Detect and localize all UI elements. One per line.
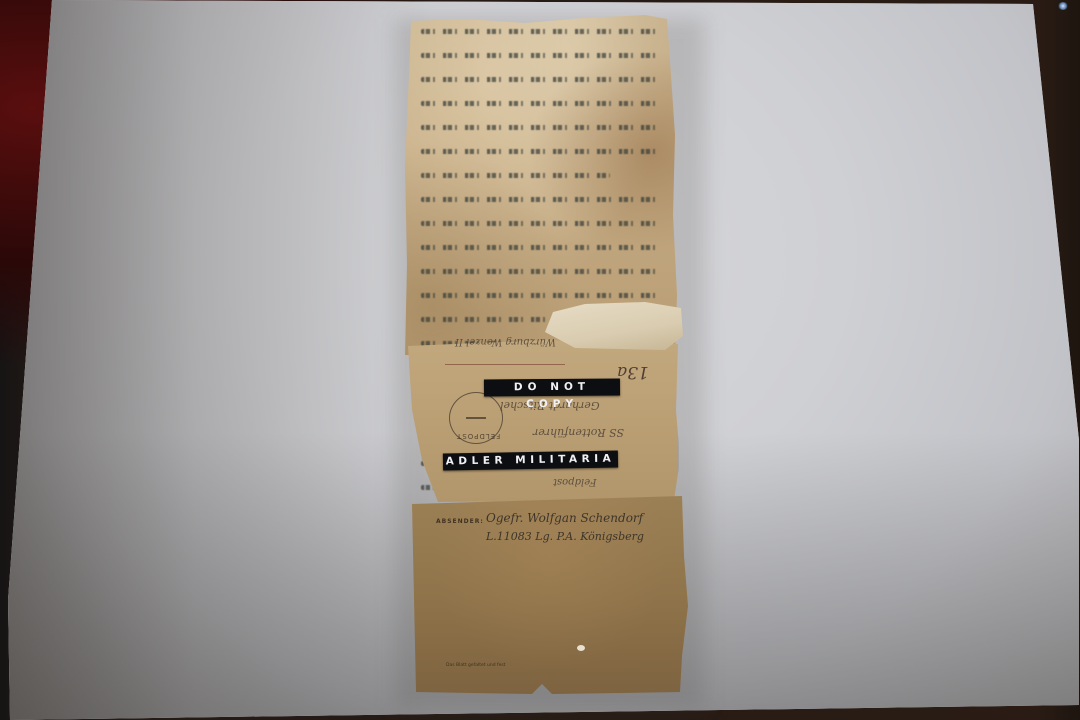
- card-footnote: Das Blatt gefaltet und fest: [446, 663, 526, 669]
- handwritten-line: [415, 236, 670, 260]
- envelope-handwriting: SS Rottenführer: [533, 426, 624, 439]
- handwritten-line: [415, 92, 670, 116]
- envelope-handwriting: Feldpost: [553, 476, 596, 487]
- torn-fold-flap: [545, 302, 683, 350]
- sender-unit-handwriting: L.11083 Lg. P.A. Königsberg: [486, 530, 644, 543]
- sender-label: ABSENDER:: [436, 518, 484, 525]
- envelope-handwriting: Würzburg Wenzel II: [455, 336, 556, 347]
- handwritten-line: [415, 188, 670, 212]
- paper-hole: [577, 645, 585, 651]
- envelope-number-mark: 13a: [617, 362, 649, 382]
- handwritten-line: [415, 44, 670, 68]
- handwritten-line: [415, 20, 670, 44]
- handwritten-line: [415, 260, 670, 284]
- do-not-copy-label: DO NOT COPY: [484, 379, 620, 397]
- postmark-text: FELDPOST: [456, 432, 500, 440]
- adler-militaria-label: ADLER MILITARIA: [443, 450, 618, 470]
- underline-mark: [445, 364, 565, 365]
- handwritten-line: [415, 116, 670, 140]
- handwritten-line: [415, 68, 670, 92]
- handwritten-line: [415, 212, 670, 236]
- light-reflection: [1058, 2, 1068, 10]
- sender-name-handwriting: Ogefr. Wolfgan Schendorf: [486, 511, 643, 525]
- handwritten-line: [415, 164, 670, 188]
- handwritten-line: [415, 140, 670, 164]
